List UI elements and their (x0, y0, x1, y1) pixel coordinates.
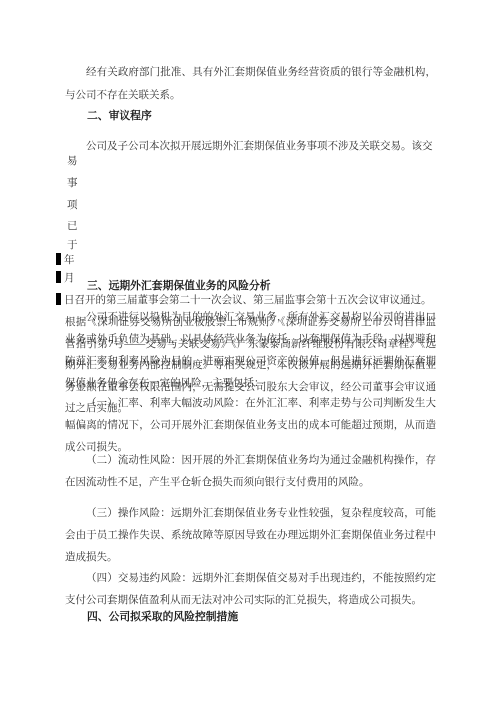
redaction-bar-year (56, 253, 61, 265)
redaction-bar-day (56, 293, 61, 305)
review-paragraph-opening-line: 公司及子公司本次拟开展远期外汇套期保值业务事项不涉及关联交易。该交 (65, 136, 436, 158)
vertical-char-shi: 事 (67, 178, 78, 189)
redaction-bar-month (56, 271, 61, 283)
section-2-heading: 二、审议程序 (65, 110, 436, 123)
approval-line-row: 日召开的第三届董事会第二十一次会议、第三届监事会第十五次会议审议通过。 (56, 293, 432, 307)
risk-item-3: （三）操作风险：远期外汇套期保值业务专业性较强，复杂程度较高，可能会由于员工操作… (65, 503, 436, 569)
redacted-year-label: 年 (64, 255, 75, 266)
vertical-char-yi: 易 (67, 156, 78, 167)
approval-line-text: 日召开的第三届董事会第二十一次会议、第三届监事会第十五次会议审议通过。 (64, 295, 432, 306)
section-4-heading: 四、公司拟采取的风险控制措施 (65, 611, 436, 624)
redacted-year-line: 年 (56, 253, 75, 267)
risk-item-4: （四）交易违约风险：远期外汇套期保值交易对手出现违约，不能按照约定支付公司套期保… (65, 568, 436, 612)
vertical-char-yu: 于 (67, 240, 78, 251)
section-3-heading: 三、远期外汇套期保值业务的风险分析 (65, 280, 436, 293)
vertical-char-yi2: 已 (67, 221, 78, 232)
risk-item-2: （二）流动性风险：因开展的外汇套期保值业务均为通过金融机构操作，存在因流动性不足… (65, 450, 436, 494)
vertical-char-xiang: 项 (67, 200, 78, 211)
document-page: 经有关政府部门批准、具有外汇套期保值业务经营资质的银行等金融机构，与公司不存在关… (0, 0, 500, 707)
intro-paragraph: 经有关政府部门批准、具有外汇套期保值业务经营资质的银行等金融机构，与公司不存在关… (65, 61, 436, 107)
